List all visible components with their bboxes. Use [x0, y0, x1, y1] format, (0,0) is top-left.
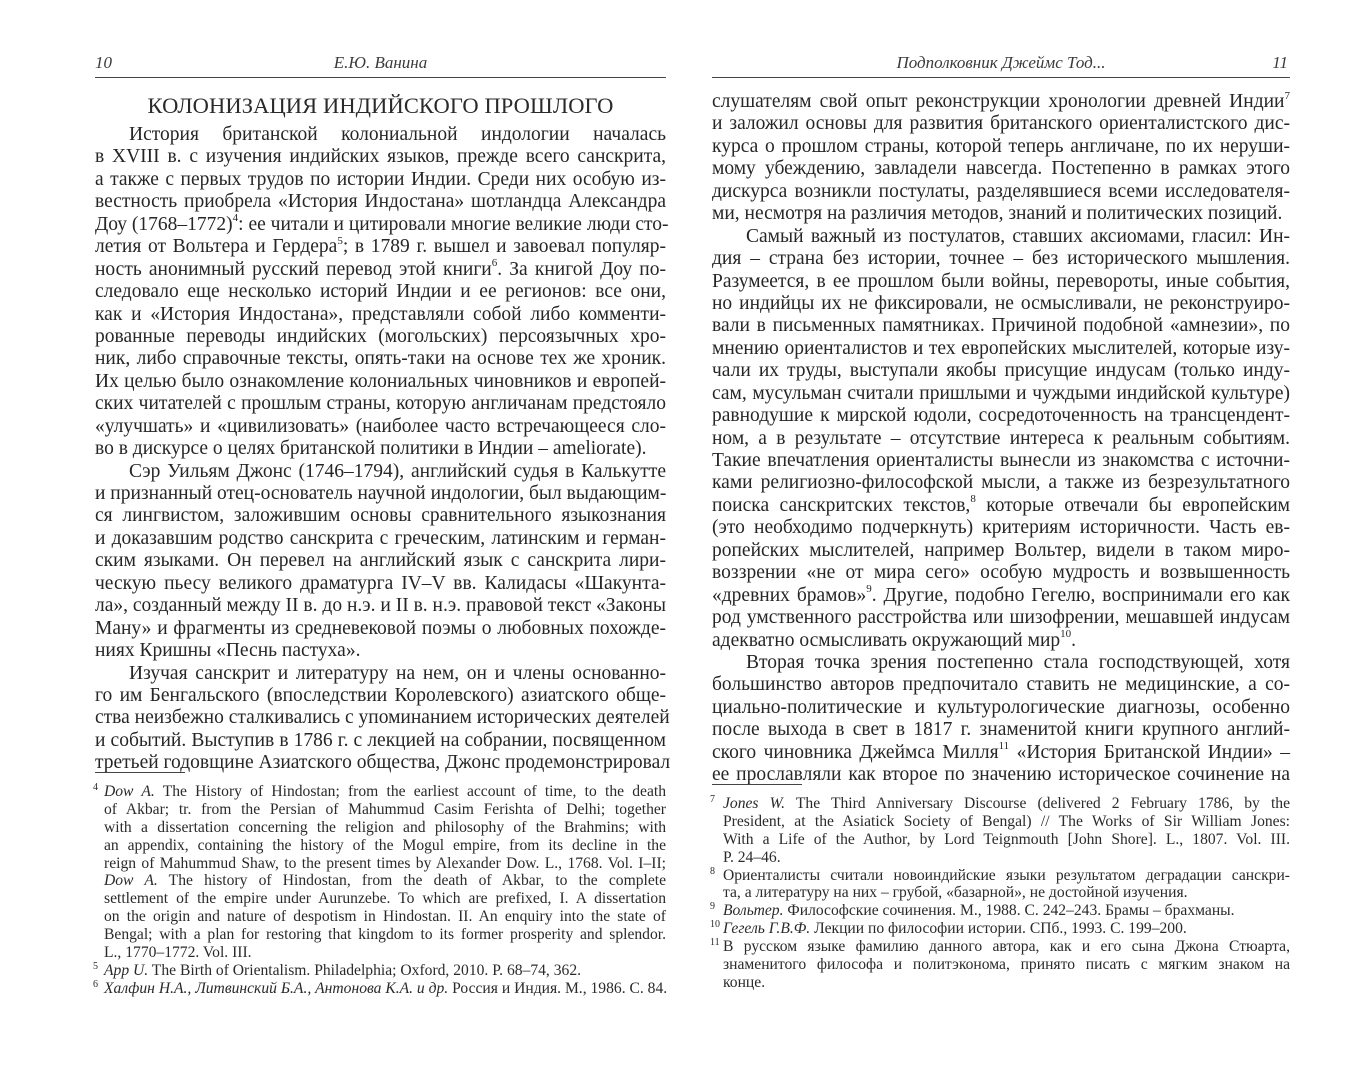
- footnote-8: 8Ориенталисты считали новоиндийские язык…: [712, 867, 1290, 903]
- text-line: «улучшать» и «цивилизовать» (наиболее ча…: [95, 416, 666, 438]
- footnote-5: 5App U. The Birth of Orientalism. Philad…: [95, 962, 666, 980]
- text-line: курса о прошлом страны, которой теперь а…: [712, 136, 1290, 158]
- text-line: Изучая санскрит и литературу на нем, он …: [95, 663, 666, 685]
- running-head-author: Е.Ю. Ванина: [95, 53, 666, 73]
- left-page: 10 Е.Ю. Ванина КОЛОНИЗАЦИЯ ИНДИЙСКОГО ПР…: [95, 0, 666, 1080]
- footnote-line: settlement of the empire under Aurunzebe…: [104, 890, 666, 908]
- text-line: ном, а в результате – отсутствие интерес…: [712, 428, 1290, 450]
- text-line: История британской колониальной индологи…: [95, 124, 666, 146]
- footnote-line: With a Life of the Author, by Lord Teign…: [723, 831, 1290, 849]
- text-line: циально-политические и культурологически…: [712, 697, 1290, 719]
- text-line: после выхода в свет в 1817 г. знаменитой…: [712, 719, 1290, 741]
- text-line: ся лингвистом, заложившим основы сравнит…: [95, 505, 666, 527]
- text-line: род умственного расстройства или шизофре…: [712, 607, 1290, 629]
- text-line: мому убеждению, завладели навсегда. Пост…: [712, 158, 1290, 180]
- page-header: 10 Е.Ю. Ванина: [95, 53, 666, 75]
- footnote-number: 7: [710, 791, 715, 809]
- right-page: Подполковник Джеймс Тод... 11 слушателям…: [712, 0, 1290, 1080]
- body-text: слушателям свой опыт реконструкции хроно…: [712, 91, 1290, 787]
- footnote-line: та, а литературу на них – грубой, «базар…: [723, 884, 1290, 902]
- footnote-number: 6: [93, 976, 98, 994]
- text-line: слушателям свой опыт реконструкции хроно…: [712, 91, 1290, 113]
- footnote-marker[interactable]: 10: [1060, 628, 1071, 640]
- footnote-line: Dow A. The history of Hindostan, from th…: [104, 872, 666, 890]
- footnote-line: Ориенталисты считали новоиндийские языки…: [723, 867, 1290, 885]
- text-line: ками религиозно-философской мысли, а так…: [712, 472, 1290, 494]
- footnote-4: 4Dow A. The History of Hindostan; from t…: [95, 783, 666, 962]
- footnote-line: В русском языке фамилию данного автора, …: [723, 938, 1290, 956]
- chapter-title: КОЛОНИЗАЦИЯ ИНДИЙСКОГО ПРОШЛОГО: [95, 93, 666, 119]
- text-line: сам, мусульман считали пришлыми и чуждым…: [712, 383, 1290, 405]
- text-line: Такие впечатления ориенталисты вынесли и…: [712, 450, 1290, 472]
- text-line: мнению ориенталистов и тех европейских м…: [712, 338, 1290, 360]
- footnote-marker[interactable]: 11: [999, 740, 1010, 752]
- footnote-line: знаменитого философа и политэконома, при…: [723, 956, 1290, 974]
- text-line: и признанный отец-основатель научной инд…: [95, 483, 666, 505]
- footnote-number: 5: [93, 958, 98, 976]
- text-line: ность анонимный русский перевод этой кни…: [95, 259, 666, 281]
- footnote-line: with a dissertation concerning the relig…: [104, 819, 666, 837]
- text-line: дискурса возникли постулаты, разделявшие…: [712, 181, 1290, 203]
- footnote-marker[interactable]: 6: [492, 257, 498, 269]
- footnote-marker[interactable]: 5: [337, 235, 343, 247]
- footnote-10: 10Гегель Г.В.Ф. Лекции по философии исто…: [712, 920, 1290, 938]
- footnote-marker[interactable]: 4: [233, 212, 239, 224]
- text-line: Самый важный из постулатов, ставших акси…: [712, 226, 1290, 248]
- text-line: летия от Вольтера и Гердера5; в 1789 г. …: [95, 236, 666, 258]
- footnote-6: 6Халфин Н.А., Литвинский Б.А., Антонова …: [95, 980, 666, 998]
- footnote-11: 11В русском языке фамилию данного автора…: [712, 938, 1290, 992]
- body-text: История британской колониальной индологи…: [95, 124, 666, 775]
- header-rule: [95, 77, 666, 78]
- text-line: и заложил основы для развития британског…: [712, 113, 1290, 135]
- text-line: ских читателей с прошлым страны, которую…: [95, 393, 666, 415]
- footnote-9: 9Вольтер. Философские сочинения. М., 198…: [712, 902, 1290, 920]
- footnote-line: on the origin and nature of despotism in…: [104, 908, 666, 926]
- footnote-line: P. 24–46.: [723, 849, 1290, 867]
- footnote-marker[interactable]: 9: [866, 583, 872, 595]
- header-rule: [712, 77, 1290, 78]
- footnote-separator: [95, 772, 185, 773]
- footnote-line: an appendix, containing the history of t…: [104, 837, 666, 855]
- text-line: как и «История Индостана», представляли …: [95, 304, 666, 326]
- text-line: следовало еще несколько историй Индии и …: [95, 281, 666, 303]
- footnote-line: reign of Mahummud Shaw, to the present t…: [104, 855, 666, 873]
- text-line: во в дискурсе о целях британской политик…: [95, 438, 666, 460]
- footnote-number: 11: [710, 934, 720, 952]
- footnote-line: конце.: [723, 974, 1290, 992]
- footnotes: 7Jones W. The Third Anniversary Discours…: [712, 795, 1290, 992]
- text-line: ческую пьесу великого драматурга IV–V вв…: [95, 573, 666, 595]
- text-line: (это необходимо подчеркнуть) критериям и…: [712, 517, 1290, 539]
- text-line: Разумеется, в ее прошлом были войны, пер…: [712, 271, 1290, 293]
- text-line: Ману» и фрагменты из средневековой поэмы…: [95, 618, 666, 640]
- footnote-separator: [712, 784, 802, 785]
- footnote-line: Dow A. The History of Hindostan; from th…: [104, 783, 666, 801]
- text-line: дия – страна без истории, точнее – без и…: [712, 248, 1290, 270]
- text-line: ским языками. Он перевел на английский я…: [95, 550, 666, 572]
- text-line: поиска санскритских текстов,8 которые от…: [712, 495, 1290, 517]
- footnote-line: President, at the Asiatick Society of Be…: [723, 813, 1290, 831]
- footnote-line: Jones W. The Third Anniversary Discourse…: [723, 795, 1290, 813]
- running-head-title: Подполковник Джеймс Тод...: [712, 53, 1290, 73]
- text-line: воззрении «не от мира сего» особую мудро…: [712, 562, 1290, 584]
- text-line: ства неизбежно сталкивались с упоминание…: [95, 707, 666, 729]
- footnotes: 4Dow A. The History of Hindostan; from t…: [95, 783, 666, 998]
- text-line: ник, либо справочные тексты, опять-таки …: [95, 348, 666, 370]
- footnote-line: L., 1770–1772. Vol. III.: [104, 944, 666, 962]
- text-line: равнодушие к мирской юдоли, сосредоточен…: [712, 405, 1290, 427]
- text-line: го им Бенгальского (впоследствии Королев…: [95, 685, 666, 707]
- text-line: и событий. Выступив в 1786 г. с лекцией …: [95, 730, 666, 752]
- text-line: ла», созданный между II в. до н.э. и II …: [95, 595, 666, 617]
- footnote-number: 8: [710, 863, 715, 881]
- page-number: 11: [1272, 53, 1288, 73]
- text-line: вестность приобрела «История Индостана» …: [95, 191, 666, 213]
- text-line: чали их труды, выступали якобы присущие …: [712, 360, 1290, 382]
- page-header: Подполковник Джеймс Тод... 11: [712, 53, 1290, 75]
- text-line: адекватно осмысливать окружающий мир10.: [712, 630, 1290, 652]
- footnote-line: Халфин Н.А., Литвинский Б.А., Антонова К…: [104, 980, 666, 998]
- text-line: Доу (1768–1772)4: ее читали и цитировали…: [95, 214, 666, 236]
- text-line: большинство авторов предпочитало ставить…: [712, 674, 1290, 696]
- text-line: Вторая точка зрения постепенно стала гос…: [712, 652, 1290, 674]
- text-line: ми, несмотря на различия методов, знаний…: [712, 203, 1290, 225]
- footnote-number: 10: [710, 916, 720, 934]
- footnote-marker[interactable]: 7: [1285, 90, 1291, 102]
- text-line: и доказавшим родство санскрита с греческ…: [95, 528, 666, 550]
- footnote-line: App U. The Birth of Orientalism. Philade…: [104, 962, 666, 980]
- footnote-number: 4: [93, 779, 98, 797]
- text-line: вали в письменных памятниках. Причиной п…: [712, 315, 1290, 337]
- text-line: ского чиновника Джеймса Милля11 «История…: [712, 742, 1290, 764]
- footnote-line: Bengal; with a plan for restoring that k…: [104, 926, 666, 944]
- footnote-number: 9: [710, 898, 715, 916]
- text-line: а также с первых трудов по истории Индии…: [95, 169, 666, 191]
- footnote-line: Гегель Г.В.Ф. Лекции по философии истори…: [723, 920, 1290, 938]
- footnote-marker[interactable]: 8: [970, 493, 976, 505]
- text-line: рованные переводы индийских (могольских)…: [95, 326, 666, 348]
- text-line: Сэр Уильям Джонс (1746–1794), английский…: [95, 461, 666, 483]
- text-line: «древних брамов»9. Другие, подобно Гегел…: [712, 585, 1290, 607]
- text-line: в XVIII в. с изучения индийских языков, …: [95, 146, 666, 168]
- footnote-line: Вольтер. Философские сочинения. М., 1988…: [723, 902, 1290, 920]
- footnote-7: 7Jones W. The Third Anniversary Discours…: [712, 795, 1290, 867]
- text-line: ропейских мыслителей, например Вольтер, …: [712, 540, 1290, 562]
- text-line: Их целью было ознакомление колониальных …: [95, 371, 666, 393]
- footnote-line: of Akbar; tr. from the Persian of Mahumm…: [104, 801, 666, 819]
- text-line: но индийцы их не фиксировали, не осмысли…: [712, 293, 1290, 315]
- text-line: ниях Кришны «Песнь пастуха».: [95, 640, 666, 662]
